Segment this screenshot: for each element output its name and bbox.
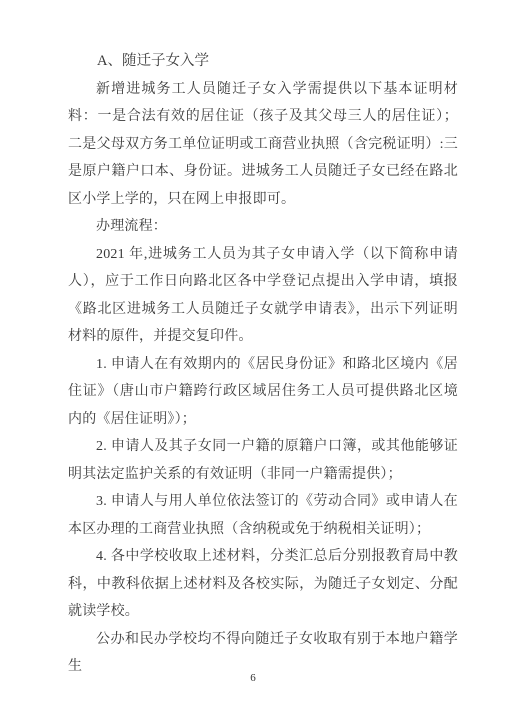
paragraph: 4. 各中学校收取上述材料，分类汇总后分别报教育局中教科，中教科依据上述材料及各… <box>68 543 458 626</box>
paragraph: 新增进城务工人员随迁子女入学需提供以下基本证明材料：一是合法有效的居住证（孩子及… <box>68 76 458 214</box>
paragraph: 1. 申请人在有效期内的《居民身份证》和路北区境内《居住证》（唐山市户籍跨行政区… <box>68 351 458 434</box>
page-footer: 6 <box>0 668 506 686</box>
paragraph: 3. 申请人与用人单位依法签订的《劳动合同》或申请人在本区办理的工商营业执照（含… <box>68 488 458 543</box>
document-content: A、随迁子女入学 新增进城务工人员随迁子女入学需提供以下基本证明材料：一是合法有… <box>68 48 458 681</box>
document-body: 新增进城务工人员随迁子女入学需提供以下基本证明材料：一是合法有效的居住证（孩子及… <box>68 76 458 681</box>
document-page: A、随迁子女入学 新增进城务工人员随迁子女入学需提供以下基本证明材料：一是合法有… <box>0 0 506 719</box>
document-title: A、随迁子女入学 <box>68 48 458 76</box>
paragraph: 2021 年,进城务工人员为其子女申请入学（以下简称申请人），应于工作日向路北区… <box>68 241 458 351</box>
paragraph: 2. 申请人及其子女同一户籍的原籍户口簿，或其他能够证明其法定监护关系的有效证明… <box>68 433 458 488</box>
paragraph: 办理流程： <box>68 213 458 241</box>
page-number: 6 <box>250 672 256 684</box>
